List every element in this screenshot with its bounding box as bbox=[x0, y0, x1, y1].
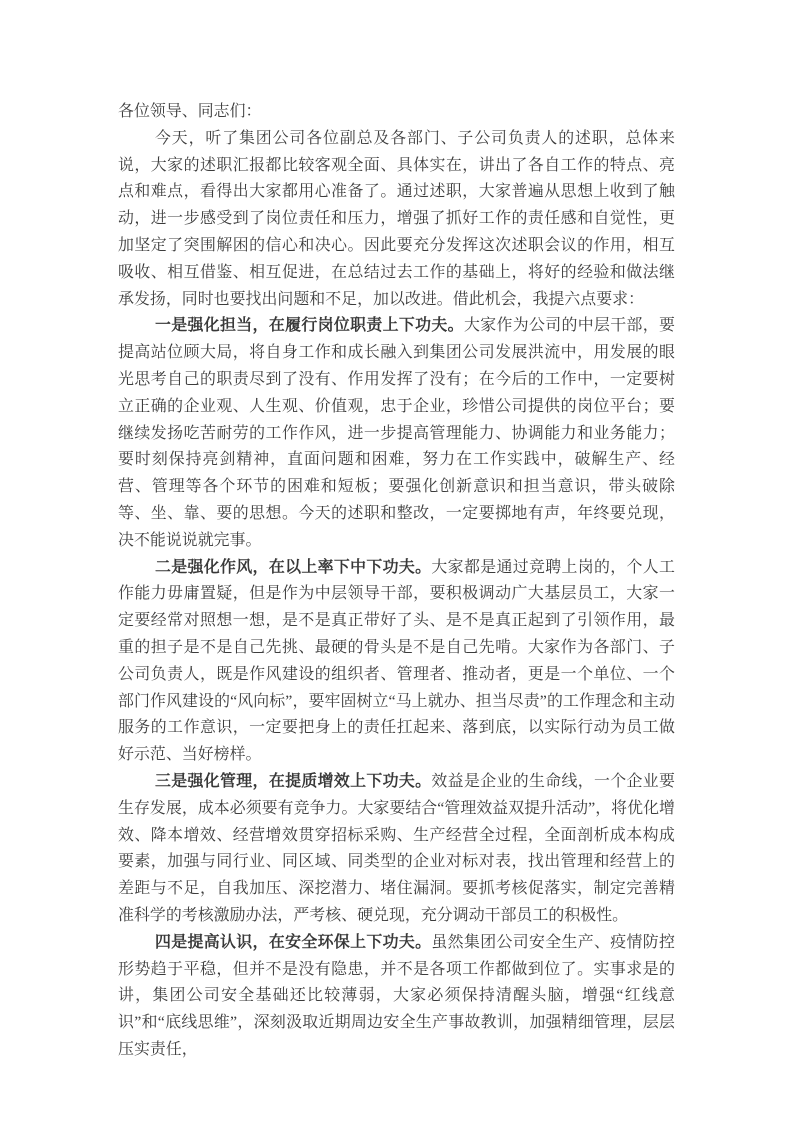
paragraph-point-3: 三是强化管理，在提质增效上下功夫。效益是企业的生命线，一个企业要生存发展，成本必… bbox=[118, 769, 675, 930]
paragraph-lead-bold: 一是强化担当，在履行岗位职责上下功夫。 bbox=[155, 317, 464, 334]
paragraph-lead-bold: 二是强化作风，在以上率下中下功夫。 bbox=[155, 559, 431, 576]
paragraph-body: 大家都是通过竞聘上岗的，个人工作能力毋庸置疑，但是作为中层领导干部，要积极调动广… bbox=[118, 559, 675, 764]
document-page: 各位领导、同志们： 今天，听了集团公司各位副总及各部门、子公司负责人的述职，总体… bbox=[0, 0, 793, 1122]
salutation-line: 各位领导、同志们： bbox=[118, 99, 675, 126]
paragraph-body: 虽然集团公司安全生产、疫情防控形势趋于平稳，但并不是没有隐患，并不是各项工作都做… bbox=[118, 934, 675, 1058]
document-content: 各位领导、同志们： 今天，听了集团公司各位副总及各部门、子公司负责人的述职，总体… bbox=[118, 99, 675, 1064]
paragraph-body: 效益是企业的生命线，一个企业要生存发展，成本必须要有竞争力。大家要结合“管理效益… bbox=[118, 773, 675, 924]
paragraph-body: 今天，听了集团公司各位副总及各部门、子公司负责人的述职，总体来说，大家的述职汇报… bbox=[118, 130, 675, 308]
paragraph-body: 大家作为公司的中层干部，要提高站位顾大局，将自身工作和成长融入到集团公司发展洪流… bbox=[118, 317, 675, 548]
paragraph-lead-bold: 四是提高认识，在安全环保上下功夫。 bbox=[155, 934, 431, 951]
paragraph-lead-bold: 三是强化管理，在提质增效上下功夫。 bbox=[155, 773, 431, 790]
paragraph-point-2: 二是强化作风，在以上率下中下功夫。大家都是通过竞聘上岗的，个人工作能力毋庸置疑，… bbox=[118, 555, 675, 769]
paragraph-opening: 今天，听了集团公司各位副总及各部门、子公司负责人的述职，总体来说，大家的述职汇报… bbox=[118, 126, 675, 314]
paragraph-point-4: 四是提高认识，在安全环保上下功夫。虽然集团公司安全生产、疫情防控形势趋于平稳，但… bbox=[118, 930, 675, 1064]
paragraph-point-1: 一是强化担当，在履行岗位职责上下功夫。大家作为公司的中层干部，要提高站位顾大局，… bbox=[118, 313, 675, 554]
